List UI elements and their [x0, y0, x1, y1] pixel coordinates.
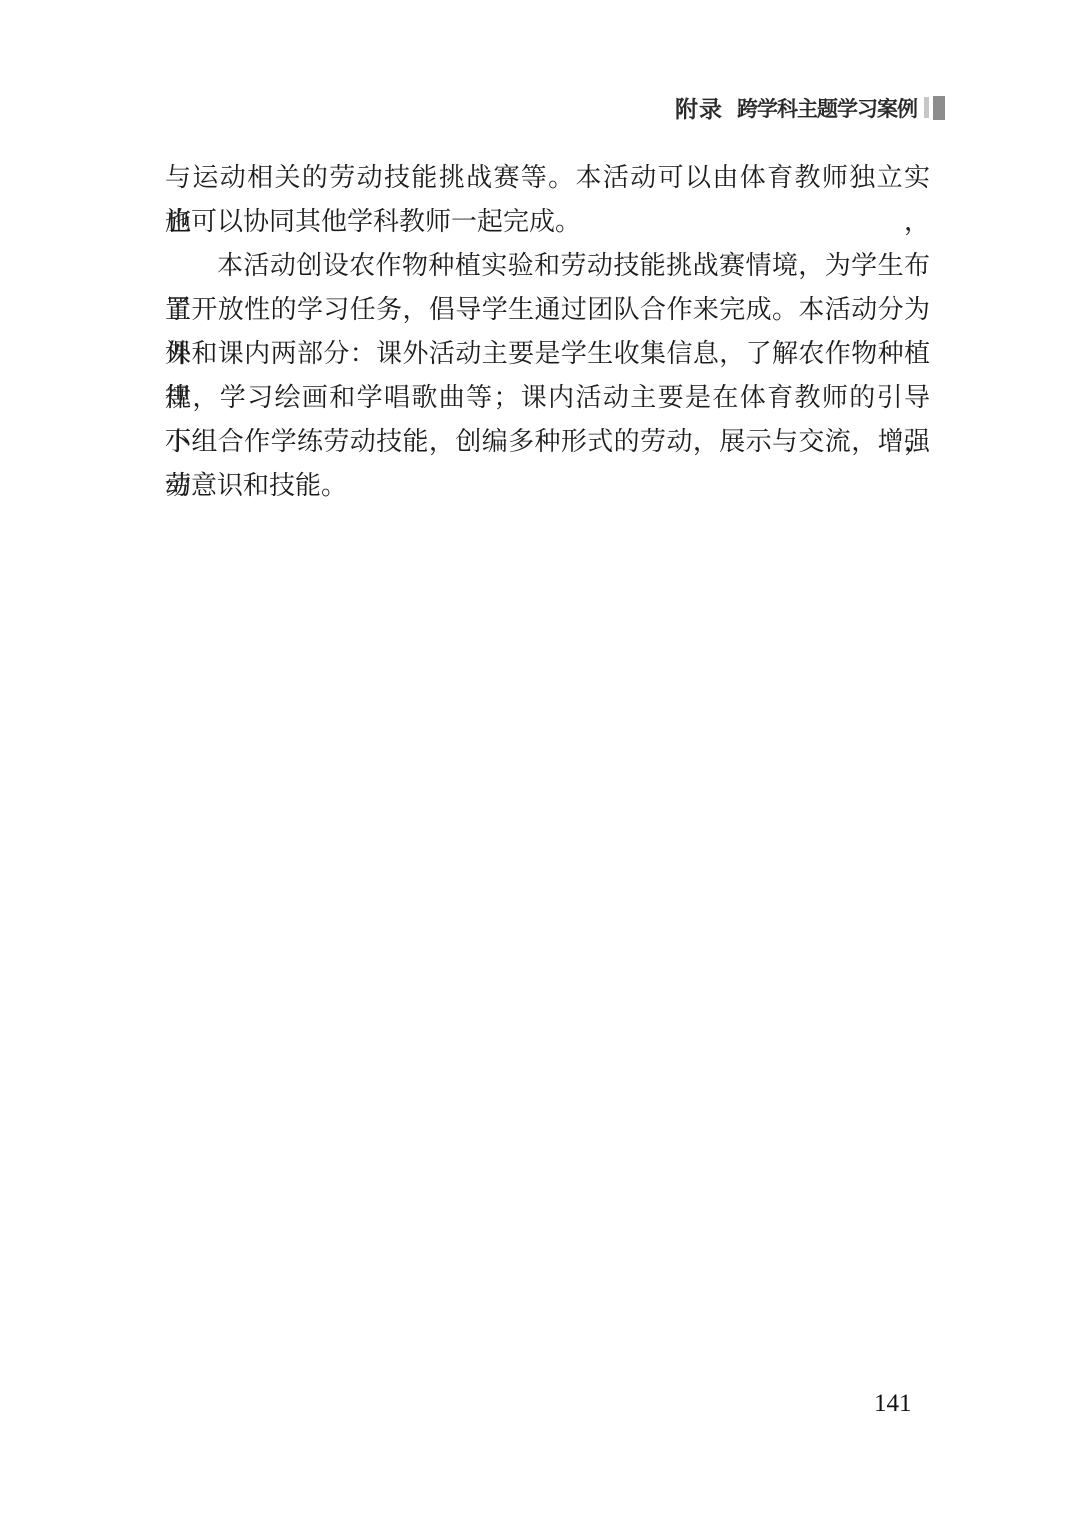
- text-line: 本活动创设农作物种植实验和劳动技能挑战赛情境，为学生布置: [165, 244, 930, 288]
- text-line: 律，学习绘画和学唱歌曲等；课内活动主要是在体育教师的引导下，: [165, 376, 930, 420]
- page-header: 附录 跨学科主题学习案例: [675, 91, 945, 124]
- text-line: 小组合作学练劳动技能，创编多种形式的劳动，展示与交流，增强劳: [165, 420, 930, 464]
- text-line: 外和课内两部分：课外活动主要是学生收集信息，了解农作物种植规: [165, 332, 930, 376]
- header-marker-light-bar: [924, 97, 929, 118]
- header-title: 跨学科主题学习案例: [737, 93, 917, 123]
- book-page: 附录 跨学科主题学习案例 与运动相关的劳动技能挑战赛等。本活动可以由体育教师独立…: [0, 0, 1080, 1526]
- header-marker-dark-bar: [933, 96, 945, 120]
- text-line: 与运动相关的劳动技能挑战赛等。本活动可以由体育教师独立实施，: [165, 156, 930, 200]
- header-section-label: 附录: [675, 91, 723, 124]
- body-text: 与运动相关的劳动技能挑战赛等。本活动可以由体育教师独立实施， 也可以协同其他学科…: [165, 156, 930, 508]
- text-line: 了开放性的学习任务，倡导学生通过团队合作来完成。本活动分为课: [165, 288, 930, 332]
- text-line: 动意识和技能。: [165, 464, 930, 508]
- page-number: 141: [874, 1390, 912, 1418]
